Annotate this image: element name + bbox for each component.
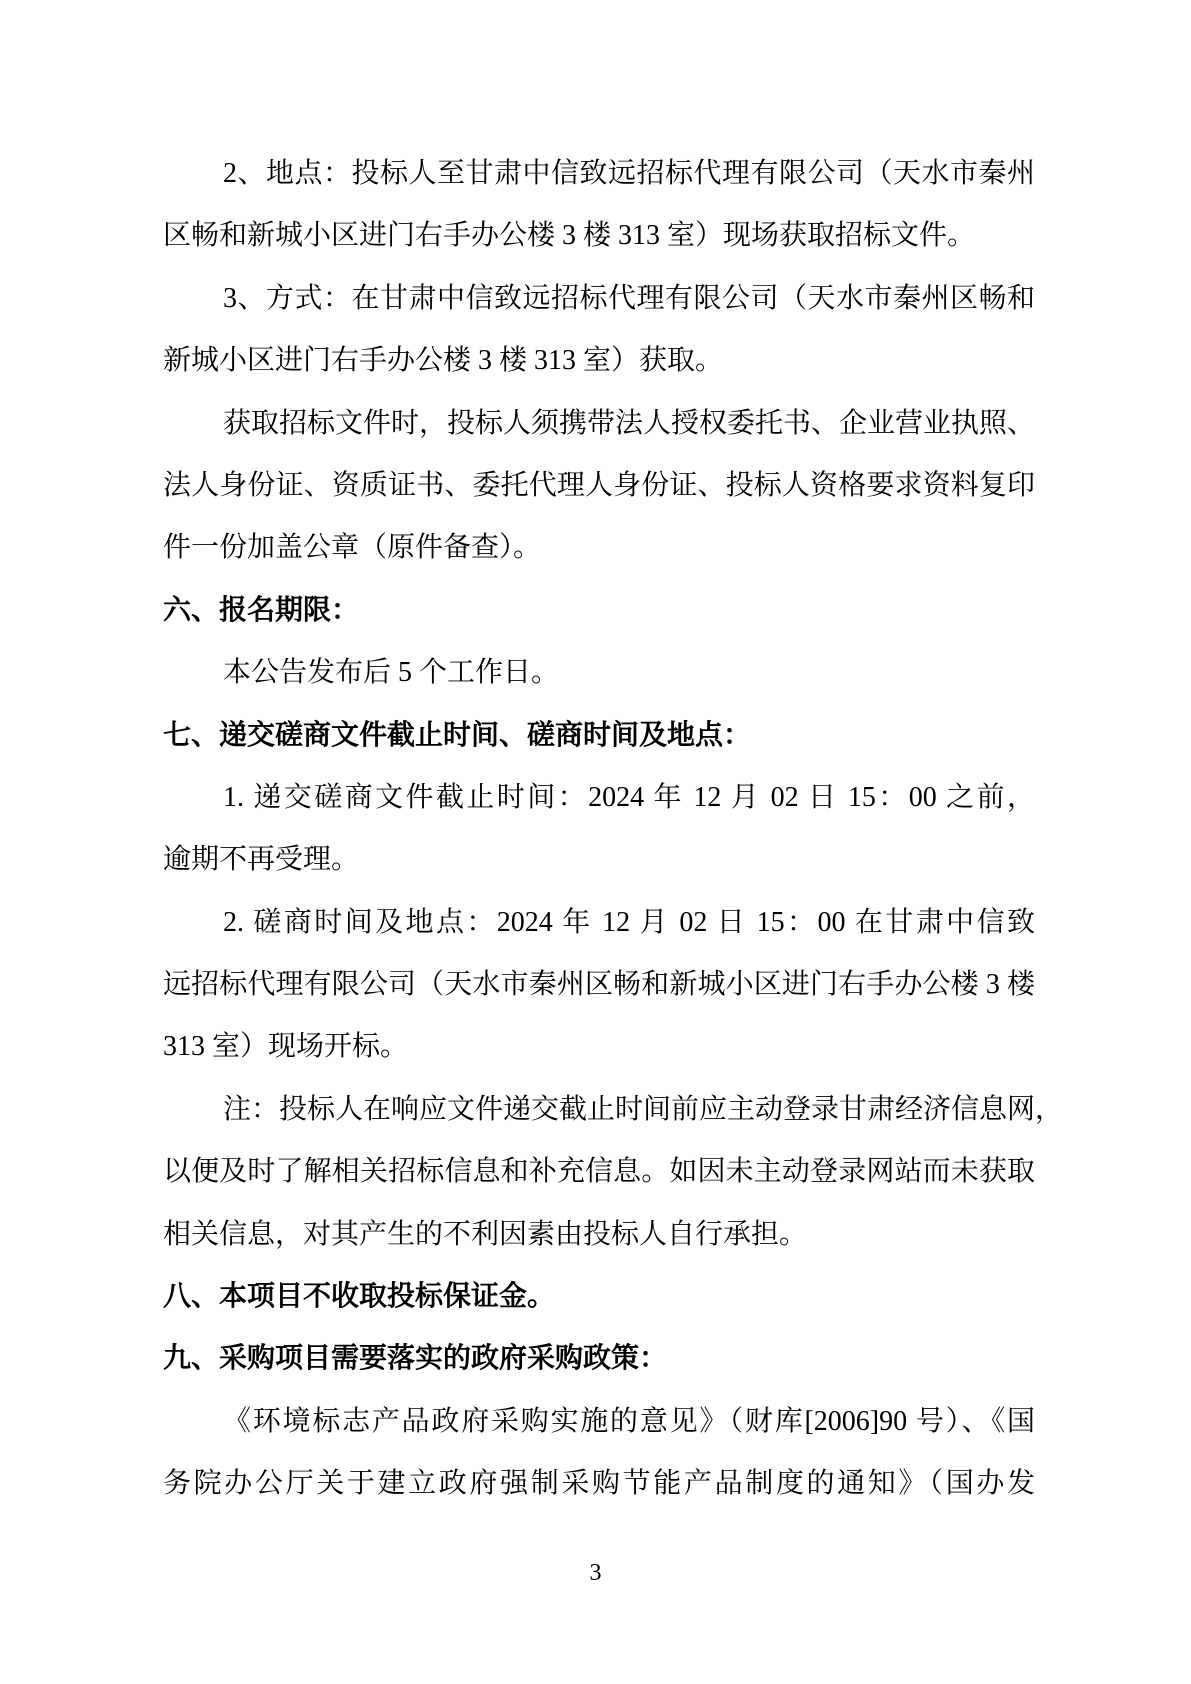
line-submission-deadline-1: 1. 递交磋商文件截止时间：2024 年 12 月 02 日 15：00 之前， — [163, 767, 1035, 829]
document-page: 2、地点：投标人至甘肃中信致远招标代理有限公司（天水市秦州 区畅和新城小区进门右… — [0, 0, 1191, 1684]
line-obtain-note-3: 件一份加盖公章（原件备查）。 — [163, 517, 1035, 579]
line-website-note-2: 以便及时了解相关招标信息和补充信息。如因未主动登录网站而未获取 — [163, 1141, 1035, 1203]
line-item2-location-1: 2、地点：投标人至甘肃中信致远招标代理有限公司（天水市秦州 — [163, 143, 1035, 205]
line-negotiation-time-place-1: 2. 磋商时间及地点：2024 年 12 月 02 日 15：00 在甘肃中信致 — [163, 892, 1035, 954]
line-negotiation-time-place-2: 远招标代理有限公司（天水市秦州区畅和新城小区进门右手办公楼 3 楼 — [163, 954, 1035, 1016]
line-item3-method-2: 新城小区进门右手办公楼 3 楼 313 室）获取。 — [163, 330, 1035, 392]
heading-section-9-procurement-policy: 九、采购项目需要落实的政府采购政策： — [163, 1328, 1035, 1390]
line-registration-period: 本公告发布后 5 个工作日。 — [163, 642, 1035, 704]
line-website-note-1: 注：投标人在响应文件递交截止时间前应主动登录甘肃经济信息网， — [163, 1079, 1035, 1141]
line-negotiation-time-place-3: 313 室）现场开标。 — [163, 1016, 1035, 1078]
line-policy-1: 《环境标志产品政府采购实施的意见》（财库[2006]90 号）、《国 — [163, 1391, 1035, 1453]
page-number: 3 — [0, 1558, 1191, 1588]
line-website-note-3: 相关信息，对其产生的不利因素由投标人自行承担。 — [163, 1204, 1035, 1266]
line-submission-deadline-2: 逾期不再受理。 — [163, 829, 1035, 891]
line-item2-location-2: 区畅和新城小区进门右手办公楼 3 楼 313 室）现场获取招标文件。 — [163, 205, 1035, 267]
line-policy-2: 务院办公厅关于建立政府强制采购节能产品制度的通知》（国办发 — [163, 1453, 1035, 1515]
line-obtain-note-2: 法人身份证、资质证书、委托代理人身份证、投标人资格要求资料复印 — [163, 455, 1035, 517]
text-block: 2、地点：投标人至甘肃中信致远招标代理有限公司（天水市秦州 区畅和新城小区进门右… — [163, 143, 1035, 1516]
heading-section-7-deadline-time-place: 七、递交磋商文件截止时间、磋商时间及地点： — [163, 705, 1035, 767]
heading-section-6-registration-period: 六、报名期限： — [163, 580, 1035, 642]
line-item3-method-1: 3、方式：在甘肃中信致远招标代理有限公司（天水市秦州区畅和 — [163, 268, 1035, 330]
line-obtain-note-1: 获取招标文件时，投标人须携带法人授权委托书、企业营业执照、 — [163, 393, 1035, 455]
heading-section-8-no-deposit: 八、本项目不收取投标保证金。 — [163, 1266, 1035, 1328]
